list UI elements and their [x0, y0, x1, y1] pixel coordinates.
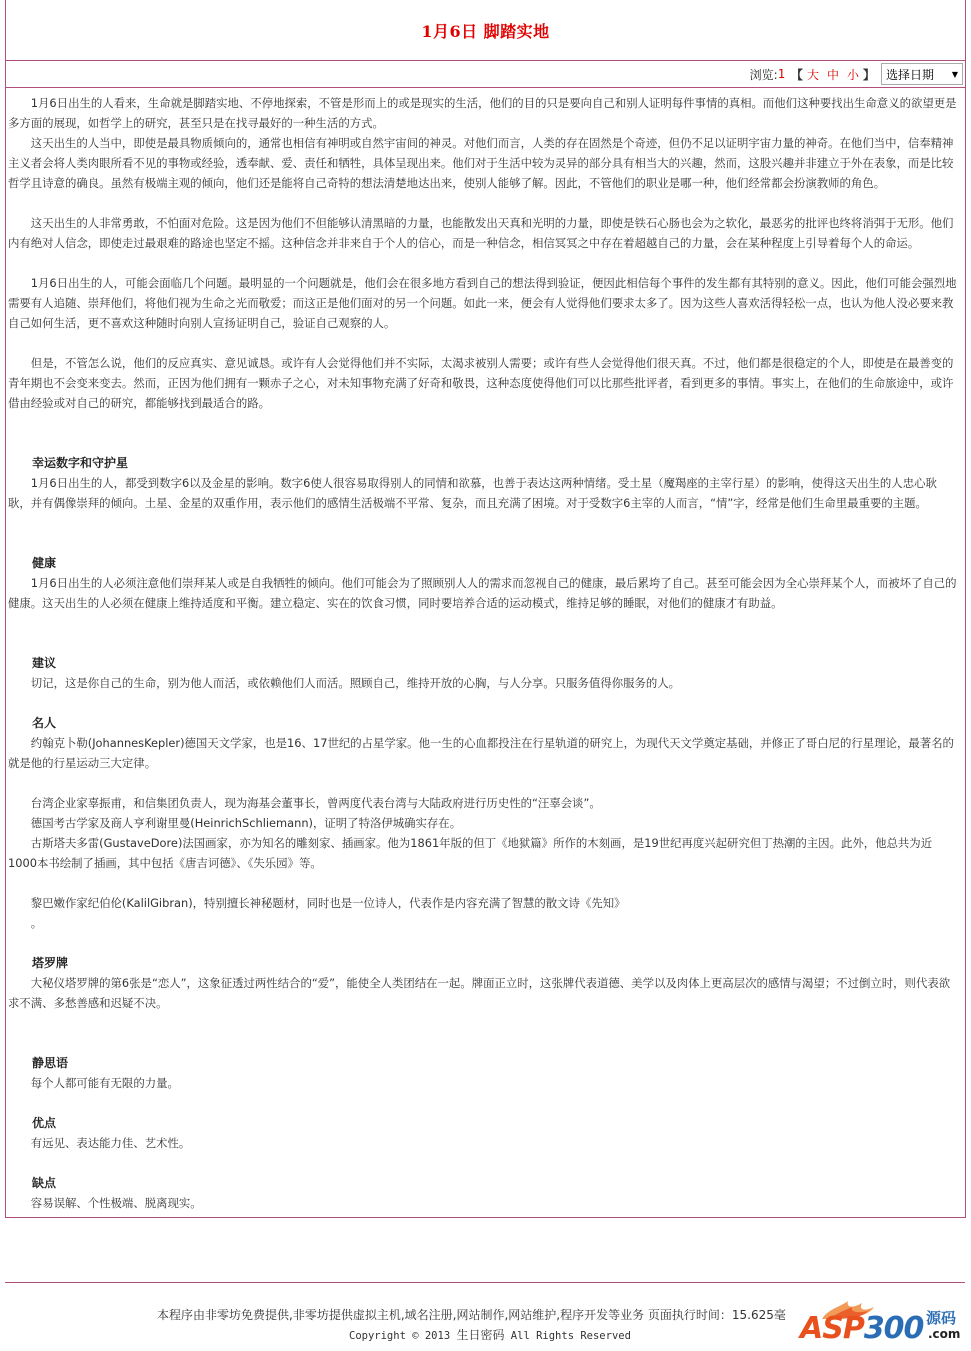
bracket-open: 【 — [791, 66, 803, 83]
logo-com: .com — [928, 1327, 960, 1341]
intro-paragraph: 1月6日出生的人看来，生命就是脚踏实地、不停地探索，不管是形而上的或是现实的生活… — [8, 93, 959, 133]
strengths-text: 有远见、表达能力佳、艺术性。 — [8, 1133, 959, 1153]
logo-wordmark: ASP300 — [800, 1311, 923, 1346]
famous-trailing-period: 。 — [8, 913, 959, 933]
views-count: 1 — [778, 67, 785, 81]
toolbar: 浏览: 1 【 大 中 小 】 选择日期 ▼ — [6, 61, 965, 88]
font-size-medium-link[interactable]: 中 — [827, 66, 839, 83]
lucky-text: 1月6日出生的人，都受到数字6以及金星的影响。数字6使人很容易取得别人的同情和欲… — [8, 473, 959, 513]
font-size-small-link[interactable]: 小 — [847, 66, 859, 83]
tarot-text: 大秘仪塔罗牌的第6张是“恋人”，这象征透过两性结合的“爱”，能使全人类团结在一起… — [8, 973, 959, 1013]
article-content: 1月6日出生的人看来，生命就是脚踏实地、不停地探索，不管是形而上的或是现实的生活… — [6, 88, 965, 1218]
tarot-heading: 塔罗牌 — [8, 953, 959, 973]
title-bar: 1月6日 脚踏实地 — [6, 0, 965, 61]
weaknesses-heading: 缺点 — [8, 1173, 959, 1193]
famous-item: 黎巴嫩作家纪伯伦(KalilGibran)，特别擅长神秘题材，同时也是一位诗人，… — [8, 893, 959, 913]
intro-paragraph: 1月6日出生的人，可能会面临几个问题。最明显的一个问题就是，他们会在很多地方看到… — [8, 273, 959, 333]
date-select[interactable]: 选择日期 ▼ — [881, 63, 963, 85]
footer-copyright: Copyright © 2013 生日密码 All Rights Reserve… — [349, 1326, 631, 1343]
asp300-logo[interactable]: ASP300 源码 .com — [798, 1297, 960, 1347]
copyright-suffix: All Rights Reserved — [504, 1330, 630, 1342]
strengths-heading: 优点 — [8, 1113, 959, 1133]
lucky-heading: 幸运数字和守护星 — [8, 453, 959, 473]
views-label: 浏览: — [750, 66, 778, 83]
motto-heading: 静思语 — [8, 1053, 959, 1073]
copyright-prefix: Copyright © 2013 — [349, 1330, 456, 1342]
weaknesses-text: 容易误解、个性极端、脱离现实。 — [8, 1193, 959, 1213]
famous-item: 约翰克卜勒(JohannesKepler)德国天文学家，也是16、17世纪的占星… — [8, 733, 959, 773]
font-size-large-link[interactable]: 大 — [807, 66, 819, 83]
footer-info: 本程序由非零坊免费提供,非零坊提供虚拟主机,域名注册,网站制作,网站维护,程序开… — [157, 1306, 786, 1323]
famous-item: 德国考古学家及商人亨利谢里曼(HeinrichSchliemann)，证明了特洛… — [8, 813, 959, 833]
footer-divider — [5, 1282, 965, 1283]
logo-cn: 源码 — [926, 1307, 956, 1328]
intro-paragraph: 但是，不管怎么说，他们的反应真实、意见诚恳。或许有人会觉得他们并不实际，太渴求被… — [8, 353, 959, 413]
date-select-label: 选择日期 — [886, 66, 934, 83]
advice-text: 切记，这是你自己的生命，别为他人而活，或依赖他们人而活。照顾自己，维持开放的心胸… — [8, 673, 959, 693]
famous-item: 古斯塔夫多雷(GustaveDore)法国画家，亦为知名的雕刻家、插画家。他为1… — [8, 833, 959, 873]
health-text: 1月6日出生的人必须注意他们崇拜某人或是自我牺牲的倾向。他们可能会为了照顾别人人… — [8, 573, 959, 613]
page-title: 1月6日 脚踏实地 — [421, 19, 549, 42]
site-name-link[interactable]: 生日密码 — [456, 1328, 504, 1342]
health-heading: 健康 — [8, 553, 959, 573]
bracket-close: 】 — [863, 66, 875, 83]
advice-heading: 建议 — [8, 653, 959, 673]
famous-item: 台湾企业家辜振甫，和信集团负责人，现为海基会董事长，曾两度代表台湾与大陆政府进行… — [8, 793, 959, 813]
motto-text: 每个人都可能有无限的力量。 — [8, 1073, 959, 1093]
chevron-down-icon: ▼ — [952, 70, 958, 79]
intro-paragraph: 这天出生的人非常勇敢，不怕面对危险。这是因为他们不但能够认清黑暗的力量，也能散发… — [8, 213, 959, 253]
intro-paragraph: 这天出生的人当中，即使是最具物质倾向的，通常也相信有神明或自然宇宙间的神灵。对他… — [8, 133, 959, 193]
famous-heading: 名人 — [8, 713, 959, 733]
page-frame: 1月6日 脚踏实地 浏览: 1 【 大 中 小 】 选择日期 ▼ 1月6日出生的… — [5, 0, 966, 1218]
